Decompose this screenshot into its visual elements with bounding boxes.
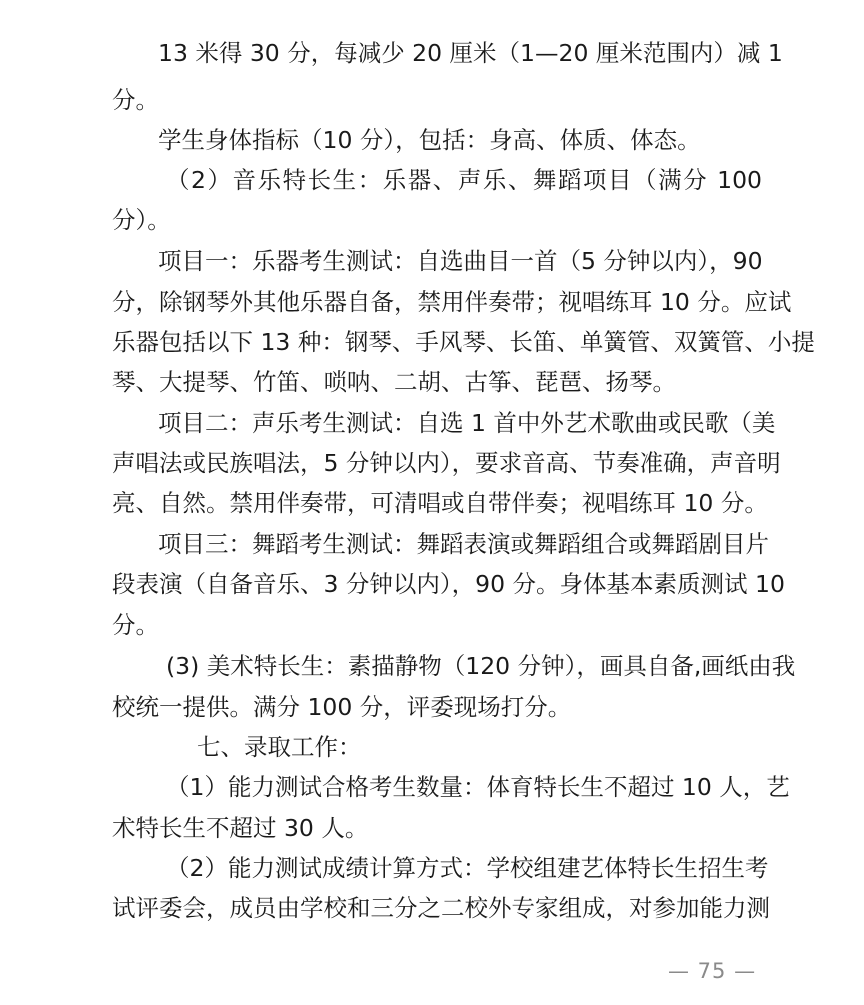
line-12: 亮、自然。禁用伴奏带，可清唱或自带伴奏；视唱练耳 10 分。 (112, 488, 762, 518)
line-7: 分，除钢琴外其他乐器自备，禁用伴奏带；视唱练耳 10 分。应试 (112, 287, 762, 317)
line-17: 校统一提供。满分 100 分，评委现场打分。 (112, 692, 762, 722)
line-9: 琴、大提琴、竹笛、唢呐、二胡、古筝、琵琶、扬琴。 (112, 367, 762, 397)
line-21: （2）能力测试成绩计算方式：学校组建艺体特长生招生考 (166, 853, 762, 883)
line-11: 声唱法或民族唱法，5 分钟以内），要求音高、节奏准确，声音明 (112, 448, 762, 478)
line-10: 项目二：声乐考生测试：自选 1 首中外艺术歌曲或民歌（美 (158, 408, 762, 438)
line-14: 段表演（自备音乐、3 分钟以内），90 分。身体基本素质测试 10 (112, 569, 762, 599)
page-number: — 75 — (668, 958, 756, 984)
line-13: 项目三：舞蹈考生测试：舞蹈表演或舞蹈组合或舞蹈剧目片 (158, 529, 762, 559)
line-19: （1）能力测试合格考生数量：体育特长生不超过 10 人，艺 (166, 772, 762, 802)
line-16: (3) 美术特长生：素描静物（120 分钟），画具自备,画纸由我 (166, 651, 762, 681)
line-6: 项目一：乐器考生测试：自选曲目一首（5 分钟以内），90 (158, 246, 762, 276)
line-1: 13 米得 30 分，每减少 20 厘米（1—20 厘米范围内）减 1 (158, 38, 762, 68)
section-heading-admission: 七、录取工作： (197, 732, 762, 762)
line-2: 分。 (112, 85, 762, 115)
line-22: 试评委会，成员由学校和三分之二校外专家组成，对参加能力测 (112, 893, 762, 923)
line-5: 分）。 (112, 205, 762, 235)
line-8: 乐器包括以下 13 种：钢琴、手风琴、长笛、单簧管、双簧管、小提 (112, 327, 762, 357)
document-page: 13 米得 30 分，每减少 20 厘米（1—20 厘米范围内）减 1 分。 学… (0, 0, 864, 1005)
line-3: 学生身体指标（10 分），包括：身高、体质、体态。 (158, 125, 762, 155)
line-15: 分。 (112, 610, 762, 640)
line-20: 术特长生不超过 30 人。 (112, 813, 762, 843)
line-4: （2）音乐特长生：乐器、声乐、舞蹈项目（满分 100 (166, 165, 762, 195)
